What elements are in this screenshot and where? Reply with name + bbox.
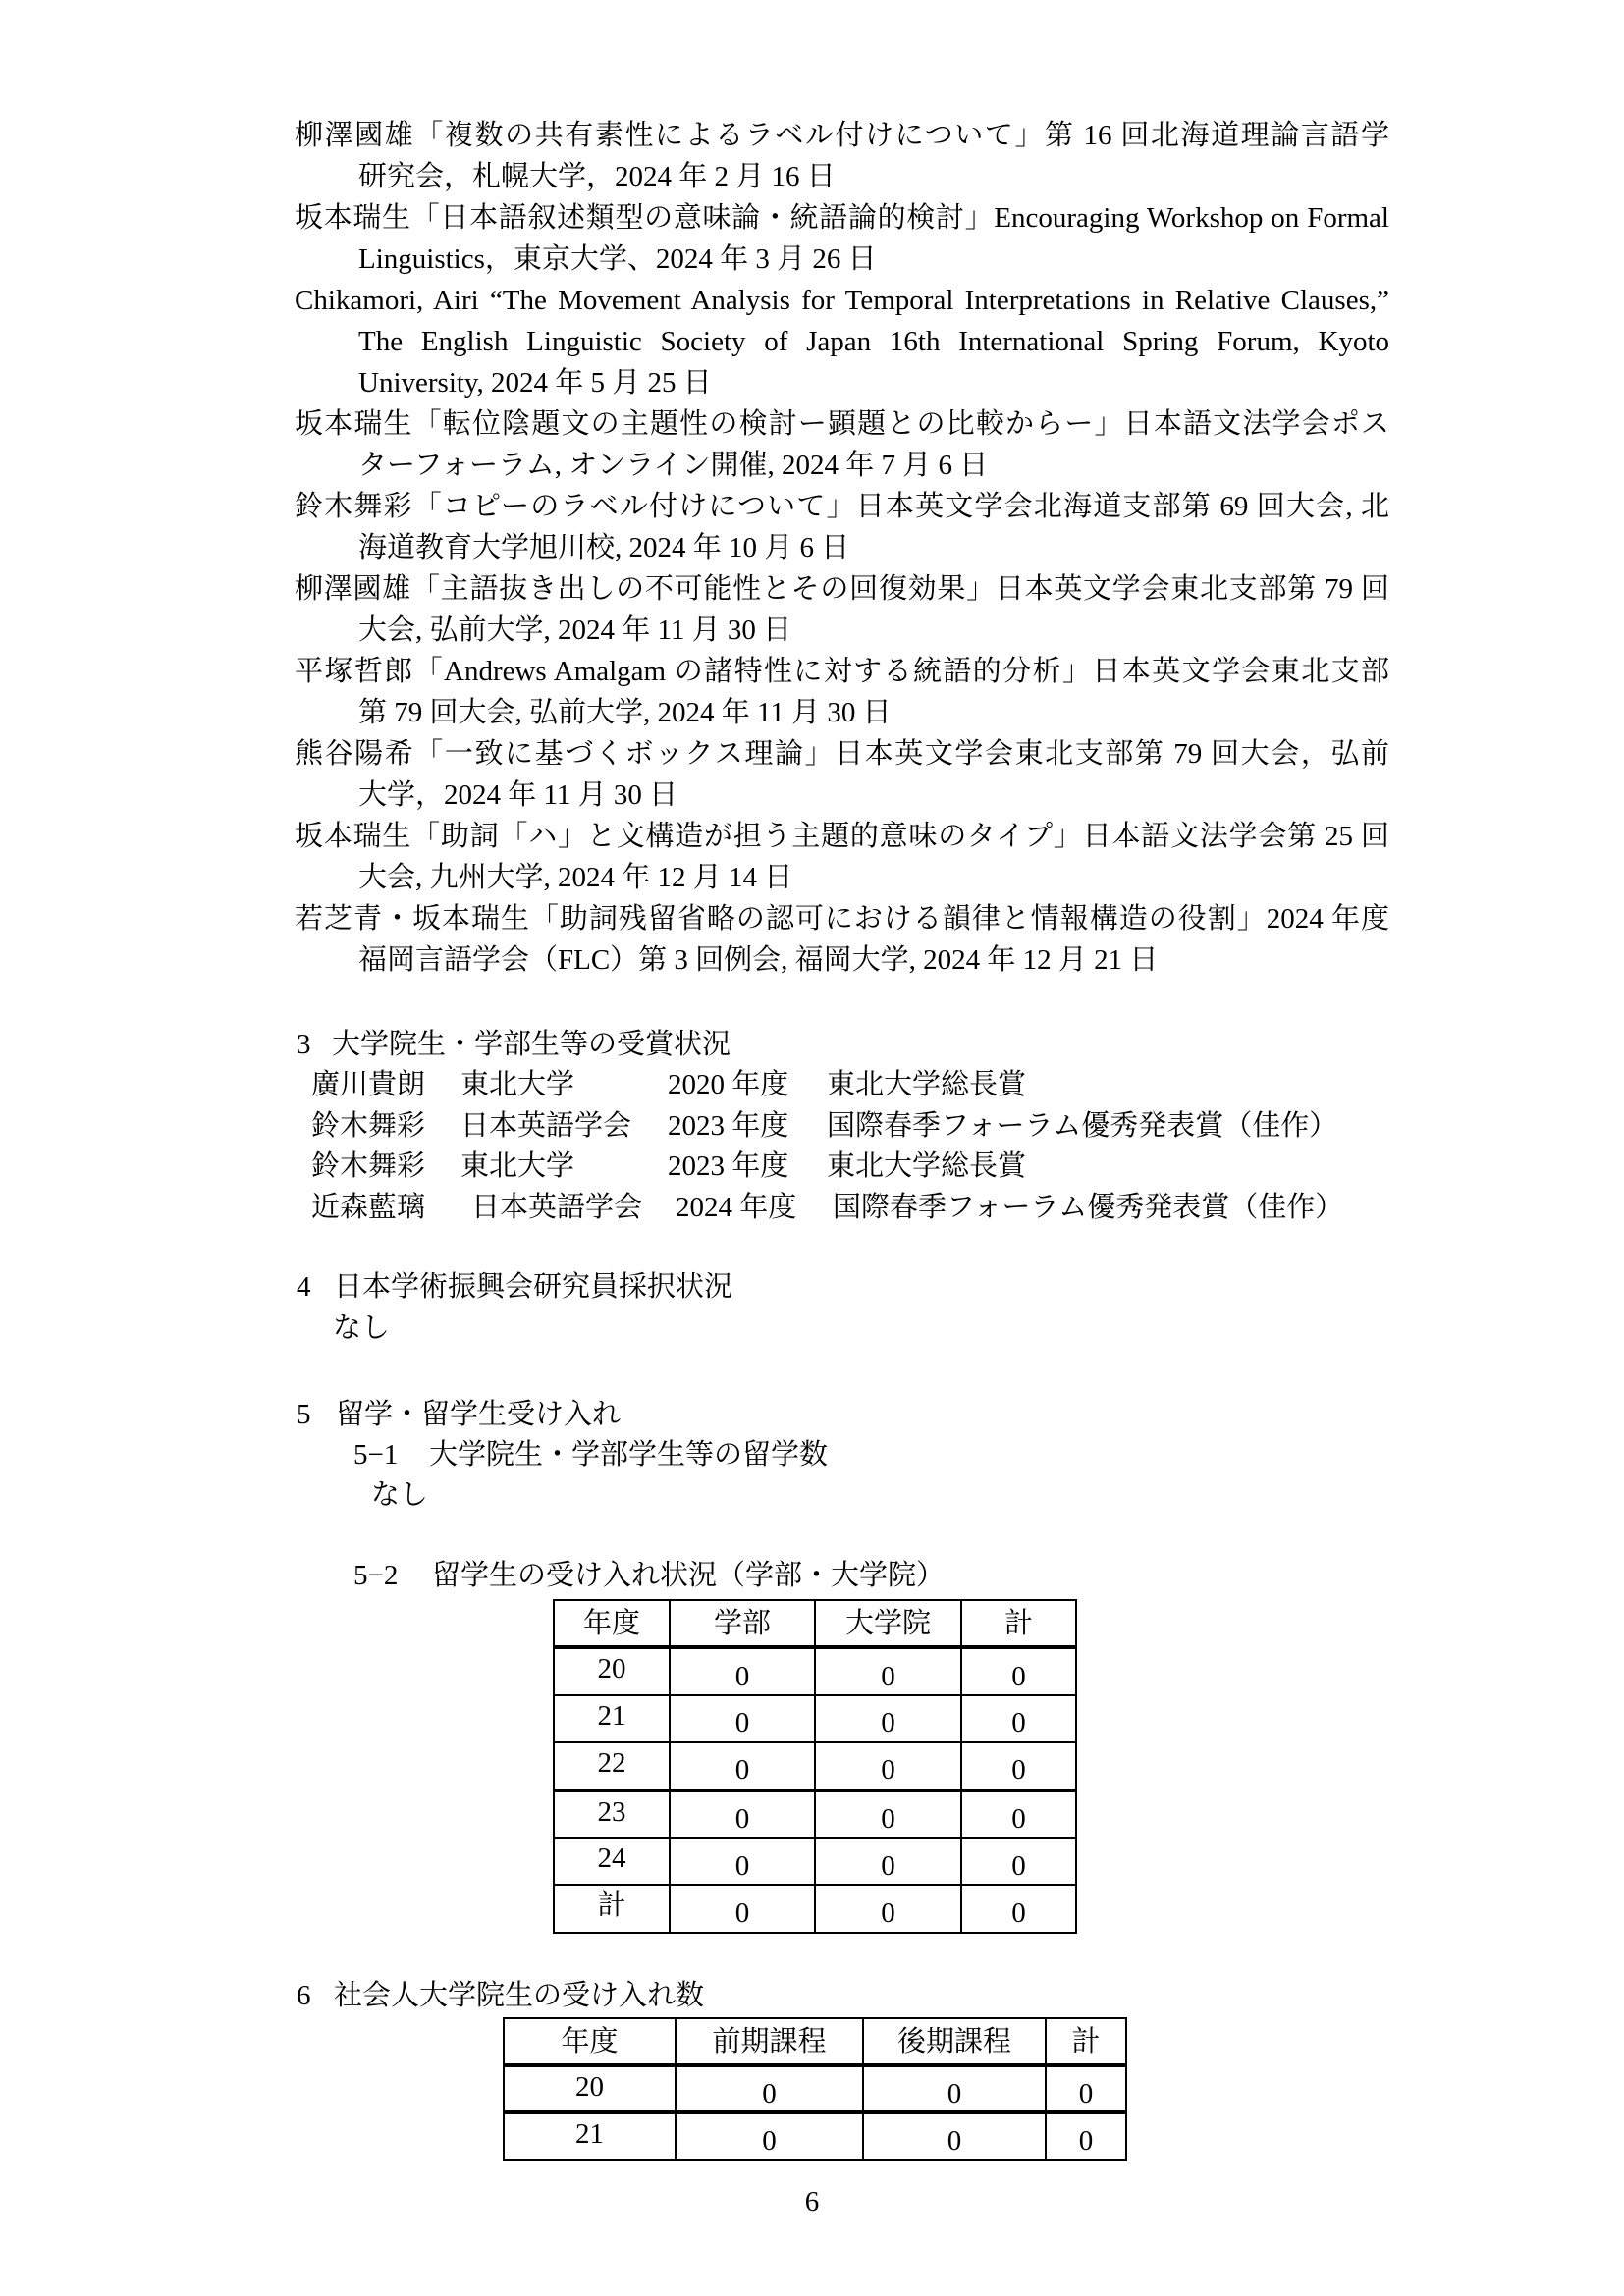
international-students-table: 年度 学部 大学院 計 20 0 0 0 21 0 0 0 22 0 0 0 2…: [553, 1599, 1077, 1934]
section-heading-awards: 大学院生・学部生等の受賞状況: [332, 1024, 731, 1065]
section-number: 5: [297, 1394, 311, 1435]
presentation-entry: 鈴木舞彩「コピーのラベル付けについて」日本英文学会北海道支部第 69 回大会, …: [295, 486, 1389, 568]
entry-line: 大会, 九州大学, 2024 年 12 月 14 日: [295, 857, 1389, 898]
subsection-content-none: なし: [371, 1474, 428, 1516]
table-header-row: 年度 前期課程 後期課程 計: [504, 2018, 1126, 2065]
table-cell-year: 21: [504, 2112, 676, 2160]
table-cell: 0: [961, 1790, 1076, 1838]
table-cell: 0: [961, 1885, 1076, 1932]
document-page: 柳澤國雄「複数の共有素性によるラベル付けについて」第 16 回北海道理論言語学 …: [0, 0, 1624, 2296]
award-recipient: 鈴木舞彩: [311, 1146, 425, 1187]
presentation-entry: 熊谷陽希「一致に基づくボックス理論」日本英文学会東北支部第 79 回大会，弘前 …: [295, 733, 1389, 816]
award-organization: 日本英語学会: [471, 1187, 642, 1228]
table-cell: 0: [863, 2112, 1046, 2160]
subsection-heading-outbound: 大学院生・学部学生等の留学数: [429, 1434, 828, 1475]
entry-line: 坂本瑞生「転位陰題文の主題性の検討ー顕題との比較からー」日本語文法学会ポス: [295, 403, 1389, 445]
award-recipient: 鈴木舞彩: [311, 1105, 425, 1147]
entry-line: 坂本瑞生「助詞「ハ」と文構造が担う主題的意味のタイプ」日本語文法学会第 25 回: [295, 816, 1389, 857]
award-row: 鈴木舞彩 東北大学 2023 年度 東北大学総長賞: [0, 1146, 1624, 1187]
award-year: 2023 年度: [668, 1105, 788, 1147]
subsection-number: 5−1: [353, 1434, 398, 1475]
presentation-entry: 坂本瑞生「転位陰題文の主題性の検討ー顕題との比較からー」日本語文法学会ポス ター…: [295, 403, 1389, 486]
award-year: 2024 年度: [676, 1187, 796, 1228]
table-cell: 0: [1046, 2112, 1126, 2160]
entry-line: 熊谷陽希「一致に基づくボックス理論」日本英文学会東北支部第 79 回大会，弘前: [295, 733, 1389, 774]
column-header: 後期課程: [863, 2018, 1046, 2065]
award-recipient: 廣川貴朗: [311, 1064, 425, 1105]
table-row: 23 0 0 0: [554, 1790, 1076, 1838]
award-row: 近森藍璃 日本英語学会 2024 年度 国際春季フォーラム優秀発表賞（佳作）: [0, 1187, 1624, 1228]
table-cell: 0: [670, 1885, 815, 1932]
subsection-number: 5−2: [353, 1555, 398, 1596]
column-header: 大学院: [815, 1600, 961, 1647]
award-row: 鈴木舞彩 日本英語学会 2023 年度 国際春季フォーラム優秀発表賞（佳作）: [0, 1105, 1624, 1147]
table-cell: 0: [961, 1695, 1076, 1742]
entry-line: 柳澤國雄「複数の共有素性によるラベル付けについて」第 16 回北海道理論言語学: [295, 115, 1389, 156]
award-organization: 東北大学: [460, 1146, 574, 1187]
column-header: 前期課程: [676, 2018, 863, 2065]
table-cell: 0: [1046, 2065, 1126, 2112]
table-cell: 0: [961, 1838, 1076, 1885]
table-cell: 0: [670, 1838, 815, 1885]
table-cell: 0: [815, 1790, 961, 1838]
entry-line: 大会, 弘前大学, 2024 年 11 月 30 日: [295, 610, 1389, 651]
award-name: 国際春季フォーラム優秀発表賞（佳作）: [827, 1105, 1337, 1147]
section-content-none: なし: [333, 1308, 390, 1349]
entry-line: 鈴木舞彩「コピーのラベル付けについて」日本英文学会北海道支部第 69 回大会, …: [295, 486, 1389, 527]
table-cell: 0: [815, 1742, 961, 1789]
entry-line: Chikamori, Airi “The Movement Analysis f…: [295, 280, 1389, 321]
subsection-heading-inbound: 留学生の受け入れ状況（学部・大学院）: [432, 1555, 945, 1596]
table-cell-total-label: 計: [554, 1885, 670, 1932]
column-header: 計: [961, 1600, 1076, 1647]
table-cell: 0: [670, 1695, 815, 1742]
award-organization: 日本英語学会: [460, 1105, 631, 1147]
entry-line: 平塚哲郎「Andrews Amalgam の諸特性に対する統語的分析」日本英文学…: [295, 651, 1389, 692]
entry-line: 柳澤國雄「主語抜き出しの不可能性とその回復効果」日本英文学会東北支部第 79 回: [295, 568, 1389, 610]
presentation-list: 柳澤國雄「複数の共有素性によるラベル付けについて」第 16 回北海道理論言語学 …: [295, 115, 1389, 981]
entry-line: 研究会，札幌大学，2024 年 2 月 16 日: [295, 156, 1389, 197]
column-header: 年度: [504, 2018, 676, 2065]
table-cell: 0: [670, 1742, 815, 1789]
table-cell-year: 20: [554, 1647, 670, 1694]
table-cell: 0: [961, 1742, 1076, 1789]
section-heading-study-abroad: 留学・留学生受け入れ: [336, 1394, 621, 1435]
table-cell: 0: [815, 1838, 961, 1885]
entry-line: Linguistics，東京大学、2024 年 3 月 26 日: [295, 239, 1389, 280]
table-cell-year: 20: [504, 2065, 676, 2112]
table-cell: 0: [676, 2065, 863, 2112]
section-number: 6: [297, 1975, 311, 2016]
table-cell-year: 24: [554, 1838, 670, 1885]
working-adults-table: 年度 前期課程 後期課程 計 20 0 0 0 21 0 0 0: [503, 2017, 1127, 2161]
entry-line: The English Linguistic Society of Japan …: [295, 321, 1389, 362]
award-name: 東北大学総長賞: [827, 1064, 1026, 1105]
table-row: 20 0 0 0: [554, 1647, 1076, 1694]
section-heading-jsps: 日本学術振興会研究員採択状況: [334, 1266, 732, 1308]
table-header-row: 年度 学部 大学院 計: [554, 1600, 1076, 1647]
presentation-entry: 柳澤國雄「主語抜き出しの不可能性とその回復効果」日本英文学会東北支部第 79 回…: [295, 568, 1389, 651]
table-cell: 0: [670, 1790, 815, 1838]
entry-line: 若芝青・坂本瑞生「助詞残留省略の認可における韻律と情報構造の役割」2024 年度: [295, 898, 1389, 939]
presentation-entry: 坂本瑞生「日本語叙述類型の意味論・統語論的検討」Encouraging Work…: [295, 197, 1389, 280]
column-header: 学部: [670, 1600, 815, 1647]
table-cell: 0: [815, 1695, 961, 1742]
entry-line: ターフォーラム, オンライン開催, 2024 年 7 月 6 日: [295, 445, 1389, 486]
award-name: 国際春季フォーラム優秀発表賞（佳作）: [833, 1187, 1343, 1228]
column-header: 年度: [554, 1600, 670, 1647]
entry-line: 海道教育大学旭川校, 2024 年 10 月 6 日: [295, 527, 1389, 568]
presentation-entry: Chikamori, Airi “The Movement Analysis f…: [295, 280, 1389, 403]
award-organization: 東北大学: [460, 1064, 574, 1105]
table-cell: 0: [676, 2112, 863, 2160]
award-name: 東北大学総長賞: [827, 1146, 1026, 1187]
award-year: 2023 年度: [668, 1146, 788, 1187]
entry-line: 大学，2024 年 11 月 30 日: [295, 774, 1389, 816]
table-cell: 0: [815, 1885, 961, 1932]
table-cell: 0: [670, 1647, 815, 1694]
table-cell-year: 22: [554, 1742, 670, 1789]
section-heading-working-adults: 社会人大学院生の受け入れ数: [334, 1975, 704, 2016]
award-row: 廣川貴朗 東北大学 2020 年度 東北大学総長賞: [0, 1064, 1624, 1105]
award-recipient: 近森藍璃: [311, 1187, 425, 1228]
section-number: 3: [297, 1024, 311, 1065]
presentation-entry: 坂本瑞生「助詞「ハ」と文構造が担う主題的意味のタイプ」日本語文法学会第 25 回…: [295, 816, 1389, 898]
table-cell-year: 23: [554, 1790, 670, 1838]
table-row: 20 0 0 0: [504, 2065, 1126, 2112]
table-cell: 0: [961, 1647, 1076, 1694]
entry-line: 第 79 回大会, 弘前大学, 2024 年 11 月 30 日: [295, 692, 1389, 733]
table-row: 24 0 0 0: [554, 1838, 1076, 1885]
award-year: 2020 年度: [668, 1064, 788, 1105]
table-row: 22 0 0 0: [554, 1742, 1076, 1789]
section-number: 4: [297, 1266, 311, 1308]
entry-line: University, 2024 年 5 月 25 日: [295, 362, 1389, 403]
table-cell-year: 21: [554, 1695, 670, 1742]
table-cell: 0: [815, 1647, 961, 1694]
page-number: 6: [0, 2181, 1624, 2222]
presentation-entry: 若芝青・坂本瑞生「助詞残留省略の認可における韻律と情報構造の役割」2024 年度…: [295, 898, 1389, 981]
table-cell: 0: [863, 2065, 1046, 2112]
table-row: 21 0 0 0: [554, 1695, 1076, 1742]
table-total-row: 計 0 0 0: [554, 1885, 1076, 1932]
presentation-entry: 平塚哲郎「Andrews Amalgam の諸特性に対する統語的分析」日本英文学…: [295, 651, 1389, 733]
presentation-entry: 柳澤國雄「複数の共有素性によるラベル付けについて」第 16 回北海道理論言語学 …: [295, 115, 1389, 197]
column-header: 計: [1046, 2018, 1126, 2065]
entry-line: 福岡言語学会（FLC）第 3 回例会, 福岡大学, 2024 年 12 月 21…: [295, 939, 1389, 981]
entry-line: 坂本瑞生「日本語叙述類型の意味論・統語論的検討」Encouraging Work…: [295, 197, 1389, 239]
table-row: 21 0 0 0: [504, 2112, 1126, 2160]
